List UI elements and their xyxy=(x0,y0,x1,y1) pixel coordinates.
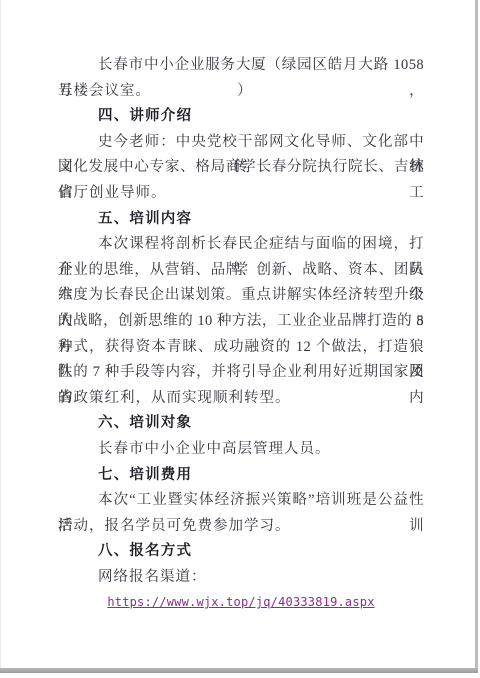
fee-line-1: 本次“工业暨实体经济振兴策略”培训班是公益性培训 xyxy=(58,488,424,514)
lecturer-line-1: 史今老师：中央党校干部网文化导师、文化部中国传统 xyxy=(58,130,424,156)
heading-training-content: 五、培训内容 xyxy=(58,207,424,233)
heading-training-audience: 六、培训对象 xyxy=(58,411,424,437)
signup-link-line: https://www.wjx.top/jq/40333819.aspx xyxy=(58,590,424,616)
page-edge-bottom xyxy=(0,668,478,673)
page-edge-right xyxy=(475,0,478,672)
document-page: 长春市中小企业服务大厦（绿园区皓月大路 1058 号）， 五楼会议室。 四、讲师… xyxy=(0,0,480,678)
heading-signup-method: 八、报名方式 xyxy=(58,539,424,565)
page-edge-left xyxy=(0,0,1,672)
signup-channel-label: 网络报名渠道： xyxy=(58,565,424,591)
content-line-6: 队的 7 种手段等内容，并将引导企业利用好近期国家及省内 xyxy=(58,360,424,386)
audience-line: 长春市中小企业中高层管理人员。 xyxy=(58,437,424,463)
heading-lecturer-intro: 四、讲师介绍 xyxy=(58,104,424,130)
content-line-5: 方式，获得资本青睐、成功融资的 12 个做法，打造狼性团 xyxy=(58,335,424,361)
venue-line-1: 长春市中小企业服务大厦（绿园区皓月大路 1058 号）， xyxy=(58,53,424,79)
content-line-4: 大战略，创新思维的 10 种方法，工业企业品牌打造的 8 种 xyxy=(58,309,424,335)
document-body: 长春市中小企业服务大厦（绿园区皓月大路 1058 号）， 五楼会议室。 四、讲师… xyxy=(58,53,424,616)
content-line-1: 本次课程将剖析长春民企症结与面临的困境，打开学员 xyxy=(58,232,424,258)
content-line-3: 维度为长春民企出谋划策。重点讲解实体经济转型升级的 5 xyxy=(58,283,424,309)
signup-link[interactable]: https://www.wjx.top/jq/40333819.aspx xyxy=(107,595,374,609)
lecturer-line-2: 文化发展中心专家、格局商学长春分院执行院长、吉林省工 xyxy=(58,155,424,181)
content-line-2: 企业的思维，从营销、品牌、创新、战略、资本、团队六个 xyxy=(58,258,424,284)
heading-training-fee: 七、培训费用 xyxy=(58,463,424,489)
